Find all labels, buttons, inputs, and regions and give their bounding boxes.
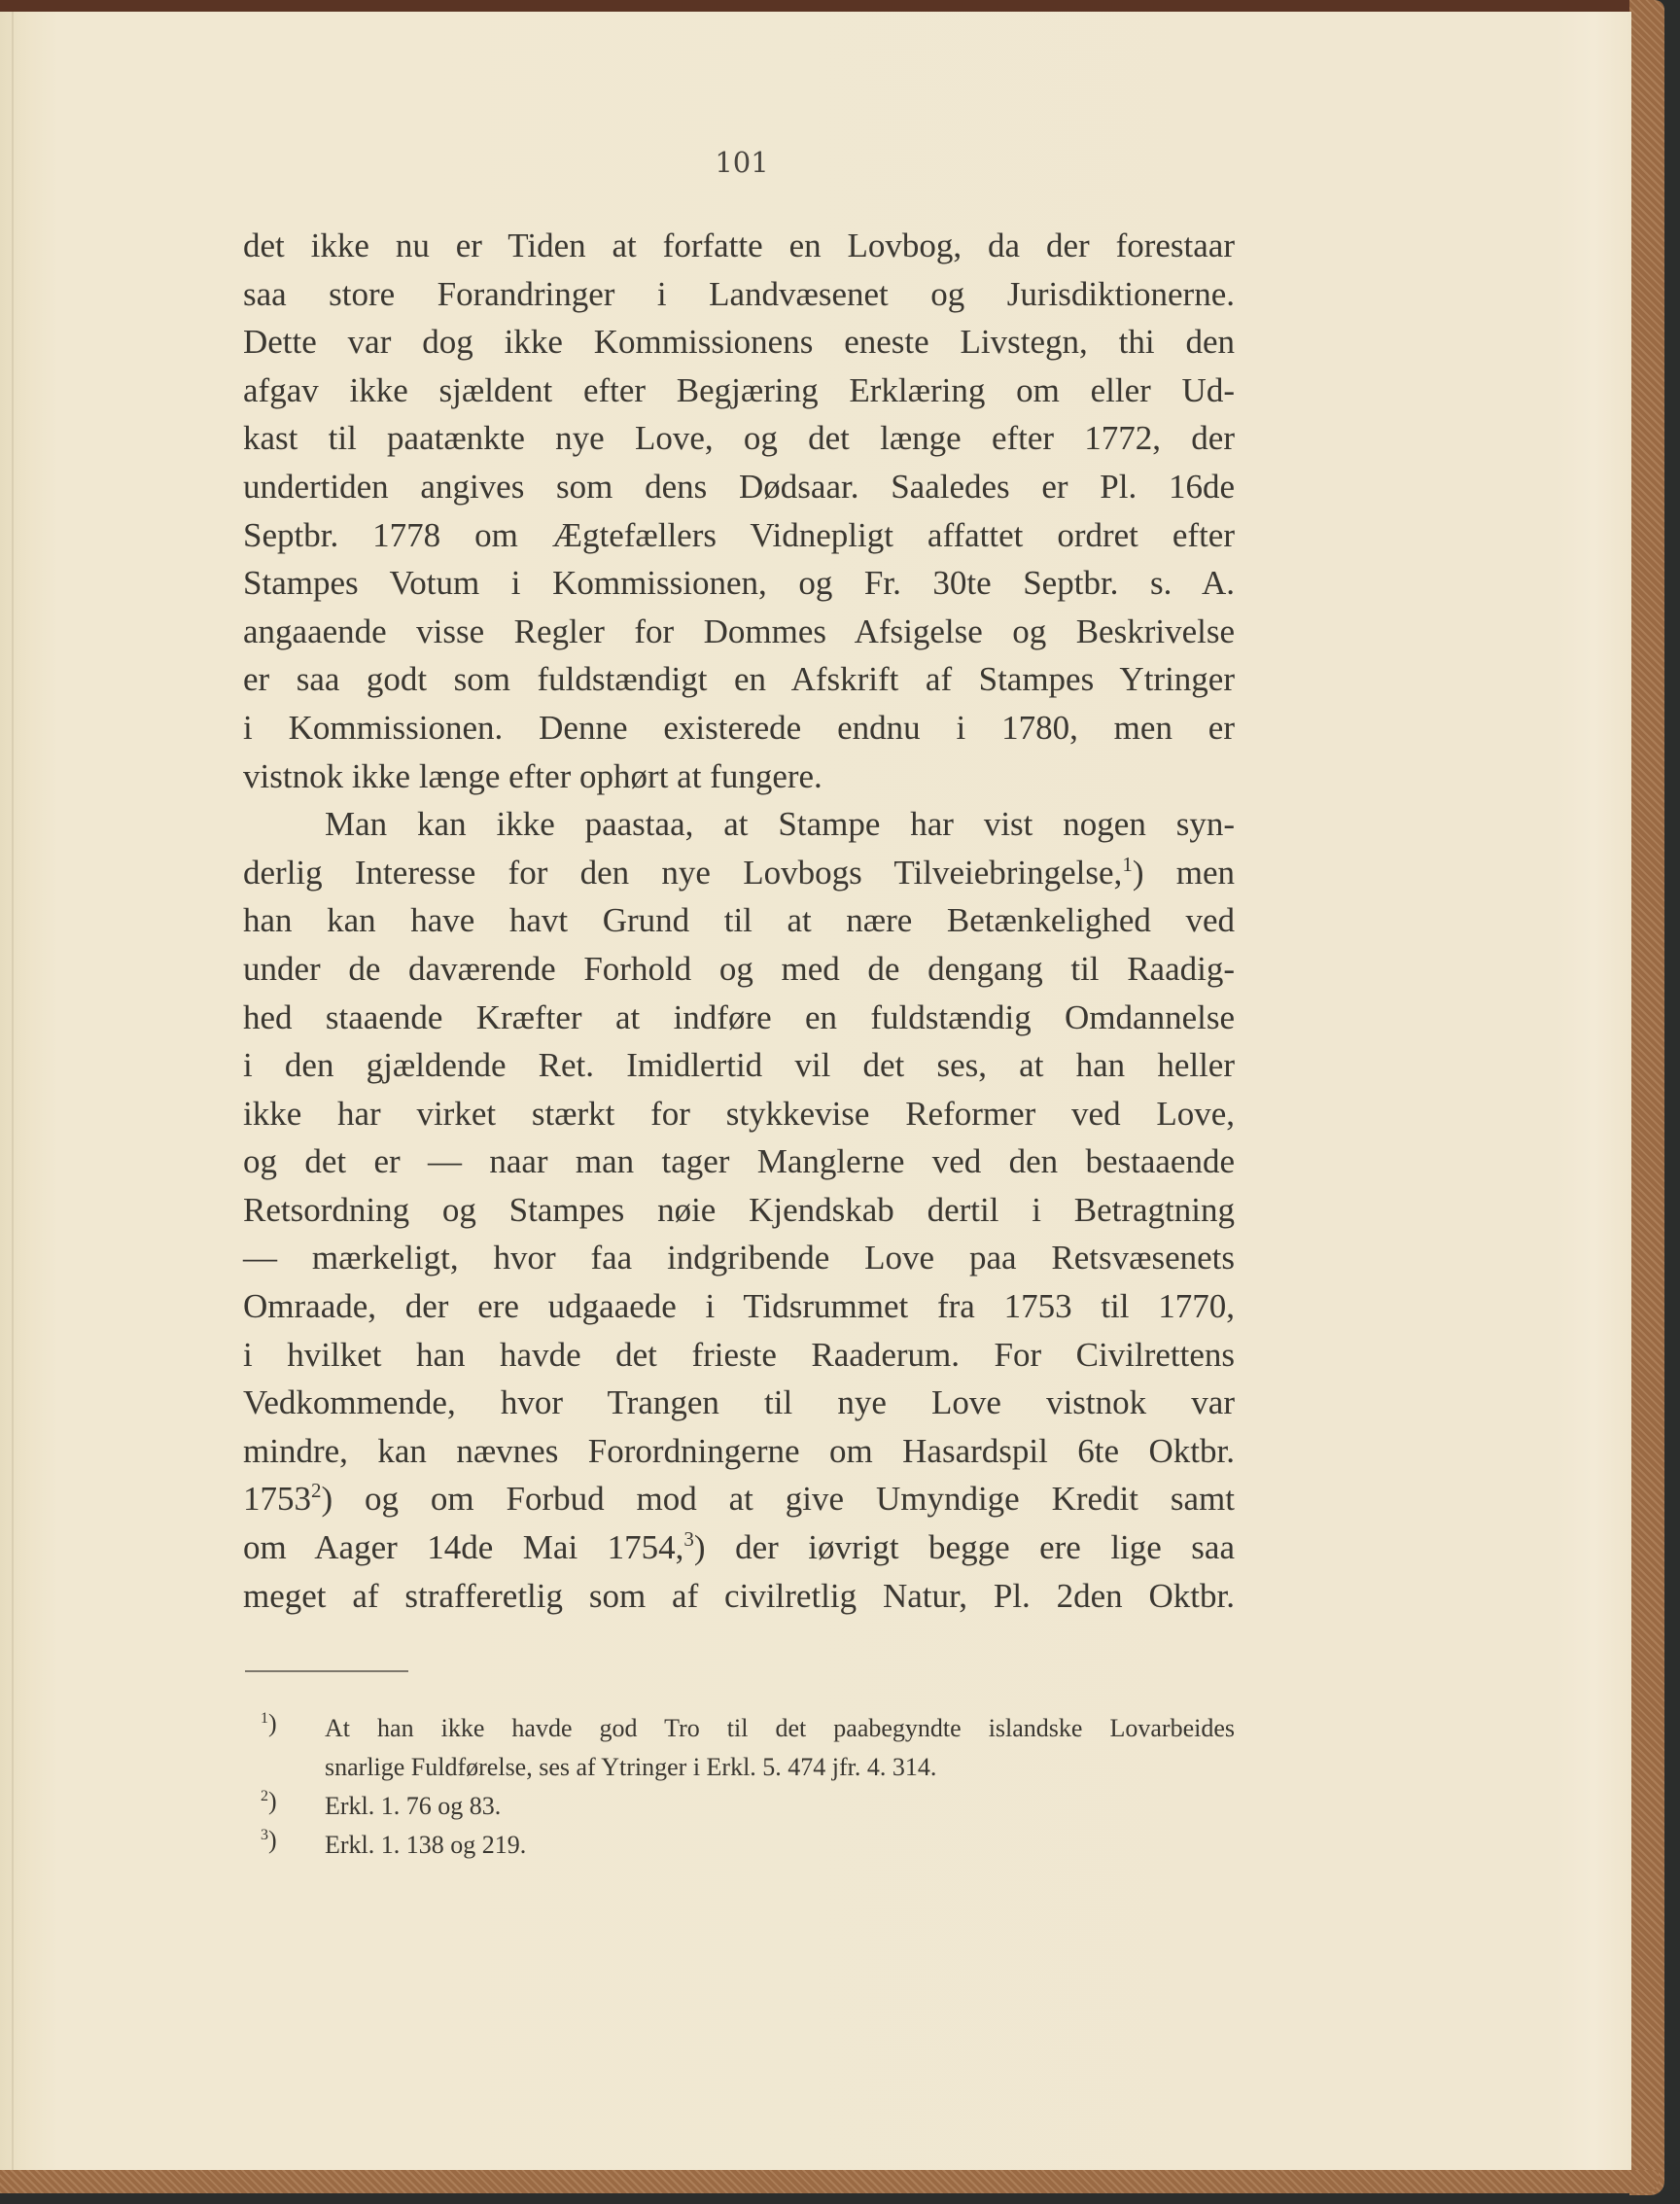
text-line: Stampes Votum i Kommissionen, og Fr. 30t… xyxy=(243,559,1235,608)
text-line: ikke har virket stærkt for stykkevise Re… xyxy=(243,1090,1235,1138)
footnote-line: At han ikke havde god Tro til det paabeg… xyxy=(325,1709,1235,1748)
footnote-divider xyxy=(245,1670,408,1672)
text-line: saa store Forandringer i Landvæsenet og … xyxy=(243,270,1235,319)
text-line: Man kan ikke paastaa, at Stampe har vist… xyxy=(243,800,1235,849)
text-line: om Aager 14de Mai 1754,3) der iøvrigt be… xyxy=(243,1523,1235,1572)
text-line: og det er — naar man tager Manglerne ved… xyxy=(243,1137,1235,1186)
text-line: i den gjældende Ret. Imidlertid vil det … xyxy=(243,1041,1235,1090)
text-line: 17532) og om Forbud mod at give Umyndige… xyxy=(243,1475,1235,1523)
text-line: Dette var dog ikke Kommissionens eneste … xyxy=(243,318,1235,367)
footnotes: 1) At han ikke havde god Tro til det paa… xyxy=(261,1709,1235,1865)
footnote-ref-2[interactable]: 2 xyxy=(311,1479,322,1502)
paragraph-1: det ikke nu er Tiden at forfatte en Lovb… xyxy=(243,222,1235,800)
footnote-line: Erkl. 1. 138 og 219. xyxy=(325,1826,1235,1865)
text-line: han kan have havt Grund til at nære Betæ… xyxy=(243,896,1235,945)
text-line: Vedkommende, hvor Trangen til nye Love v… xyxy=(243,1379,1235,1427)
text-line: angaaende visse Regler for Dommes Afsige… xyxy=(243,608,1235,656)
footnote-3: 3) Erkl. 1. 138 og 219. xyxy=(261,1826,1235,1865)
text-line: er saa godt som fuldstændigt en Afskrift… xyxy=(243,655,1235,704)
text-line: hed staaende Kræfter at indføre en fulds… xyxy=(243,994,1235,1042)
footnote-line: snarlige Fuldførelse, ses af Ytringer i … xyxy=(325,1748,1235,1787)
text-line: derlig Interesse for den nye Lovbogs Til… xyxy=(243,849,1235,897)
footnote-line: Erkl. 1. 76 og 83. xyxy=(325,1787,1235,1826)
text-line: i Kommissionen. Denne existerede endnu i… xyxy=(243,704,1235,752)
footnote-ref-3[interactable]: 3 xyxy=(683,1527,694,1551)
book-cover-right-edge xyxy=(1629,0,1664,2195)
text-line: — mærkeligt, hvor faa indgribende Love p… xyxy=(243,1234,1235,1282)
text-line: Omraade, der ere udgaaede i Tidsrummet f… xyxy=(243,1282,1235,1331)
footnote-2: 2) Erkl. 1. 76 og 83. xyxy=(261,1787,1235,1826)
text-line: mindre, kan nævnes Forordningerne om Has… xyxy=(243,1427,1235,1476)
text-line: vistnok ikke længe efter ophørt at funge… xyxy=(243,752,1235,801)
text-line: under de daværende Forhold og med de den… xyxy=(243,945,1235,994)
text-line: meget af strafferetlig som af civilretli… xyxy=(243,1572,1235,1621)
text-line: det ikke nu er Tiden at forfatte en Lovb… xyxy=(243,222,1235,270)
footnote-ref-1[interactable]: 1 xyxy=(1122,853,1133,876)
text-line: undertiden angives som dens Dødsaar. Saa… xyxy=(243,463,1235,511)
text-line: i hvilket han havde det frieste Raaderum… xyxy=(243,1331,1235,1380)
page-number: 101 xyxy=(708,146,776,179)
text-line: kast til paatænkte nye Love, og det læng… xyxy=(243,414,1235,463)
footnote-1: 1) At han ikke havde god Tro til det paa… xyxy=(261,1709,1235,1787)
book-cover-top-edge xyxy=(0,0,1653,12)
text-line: afgav ikke sjældent efter Begjæring Erkl… xyxy=(243,367,1235,415)
text-line: Retsordning og Stampes nøie Kjendskab de… xyxy=(243,1186,1235,1235)
paragraph-2: Man kan ikke paastaa, at Stampe har vist… xyxy=(243,800,1235,1620)
text-line: Septbr. 1778 om Ægtefællers Vidnepligt a… xyxy=(243,511,1235,560)
body-text: det ikke nu er Tiden at forfatte en Lovb… xyxy=(243,222,1235,1620)
page-gutter-shadow xyxy=(12,12,14,2170)
book-cover-bottom-edge xyxy=(0,2170,1659,2193)
